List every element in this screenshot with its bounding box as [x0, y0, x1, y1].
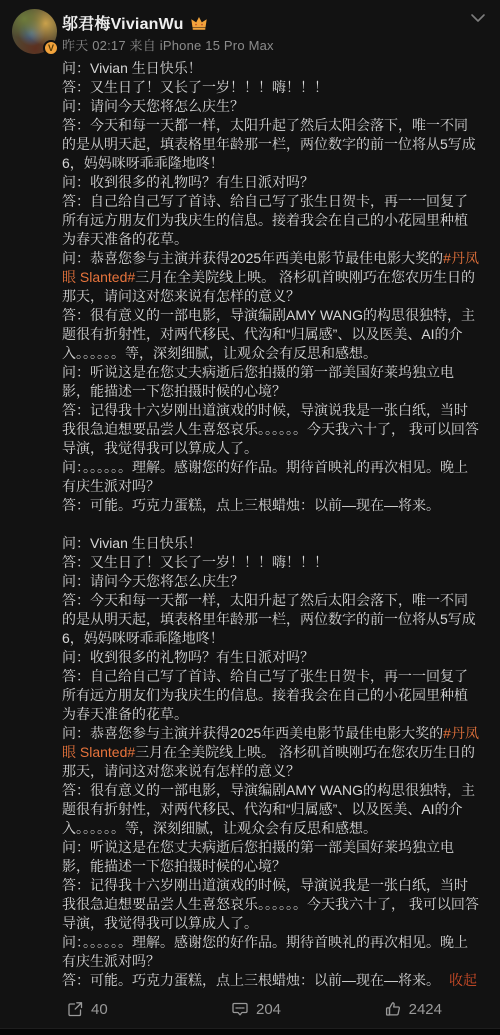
weibo-post-card: V 邬君梅VivianWu 昨天 02:17 来自 iPhone 15 Pro …: [0, 0, 500, 1035]
post-text: 问：Vivian 生日快乐！ 答：又生日了！又长了一岁！！！嗨！！！ 问：请问今…: [62, 59, 480, 990]
avatar[interactable]: V: [12, 9, 57, 54]
share-count: 40: [91, 1001, 108, 1018]
action-bar: 40 204 2424: [0, 990, 500, 1028]
thumbs-up-icon: [384, 1000, 402, 1018]
post-text-block: 问：Vivian 生日快乐！ 答：又生日了！又长了一岁！！！嗨！！！ 问：请问今…: [62, 534, 480, 990]
post-text-segment: 问：Vivian 生日快乐！ 答：又生日了！又长了一岁！！！嗨！！！ 问：请问今…: [62, 535, 476, 741]
post-text-segment: 问：Vivian 生日快乐！ 答：又生日了！又长了一岁！！！嗨！！！ 问：请问今…: [62, 60, 476, 266]
post-text-segment: 三月在全美院线上映。 洛杉矶首映刚巧在您农历生日的那天，请问这对您来说有怎样的意…: [62, 269, 479, 513]
like-button[interactable]: 2424: [384, 1000, 442, 1018]
comment-icon: [231, 1000, 249, 1018]
card-bottom-divider: [0, 1028, 500, 1035]
post-header: V 邬君梅VivianWu 昨天 02:17 来自 iPhone 15 Pro …: [0, 0, 500, 58]
comment-count: 204: [256, 1001, 281, 1018]
share-icon: [66, 1000, 84, 1018]
chevron-down-icon[interactable]: [468, 10, 488, 26]
vip-v-badge: V: [43, 40, 59, 56]
comment-button[interactable]: 204: [231, 1000, 281, 1018]
post-text-segment: 三月在全美院线上映。 洛杉矶首映刚巧在您农历生日的那天，请问这对您来说有怎样的意…: [62, 744, 479, 988]
username[interactable]: 邬君梅VivianWu: [62, 11, 184, 34]
collapse-link[interactable]: 收起: [449, 972, 477, 988]
like-count: 2424: [409, 1001, 442, 1018]
post-meta: 昨天 02:17 来自 iPhone 15 Pro Max: [62, 35, 274, 54]
share-button[interactable]: 40: [66, 1000, 108, 1018]
vip-crown-icon: [190, 15, 208, 31]
post-text-block: 问：Vivian 生日快乐！ 答：又生日了！又长了一岁！！！嗨！！！ 问：请问今…: [62, 59, 480, 515]
